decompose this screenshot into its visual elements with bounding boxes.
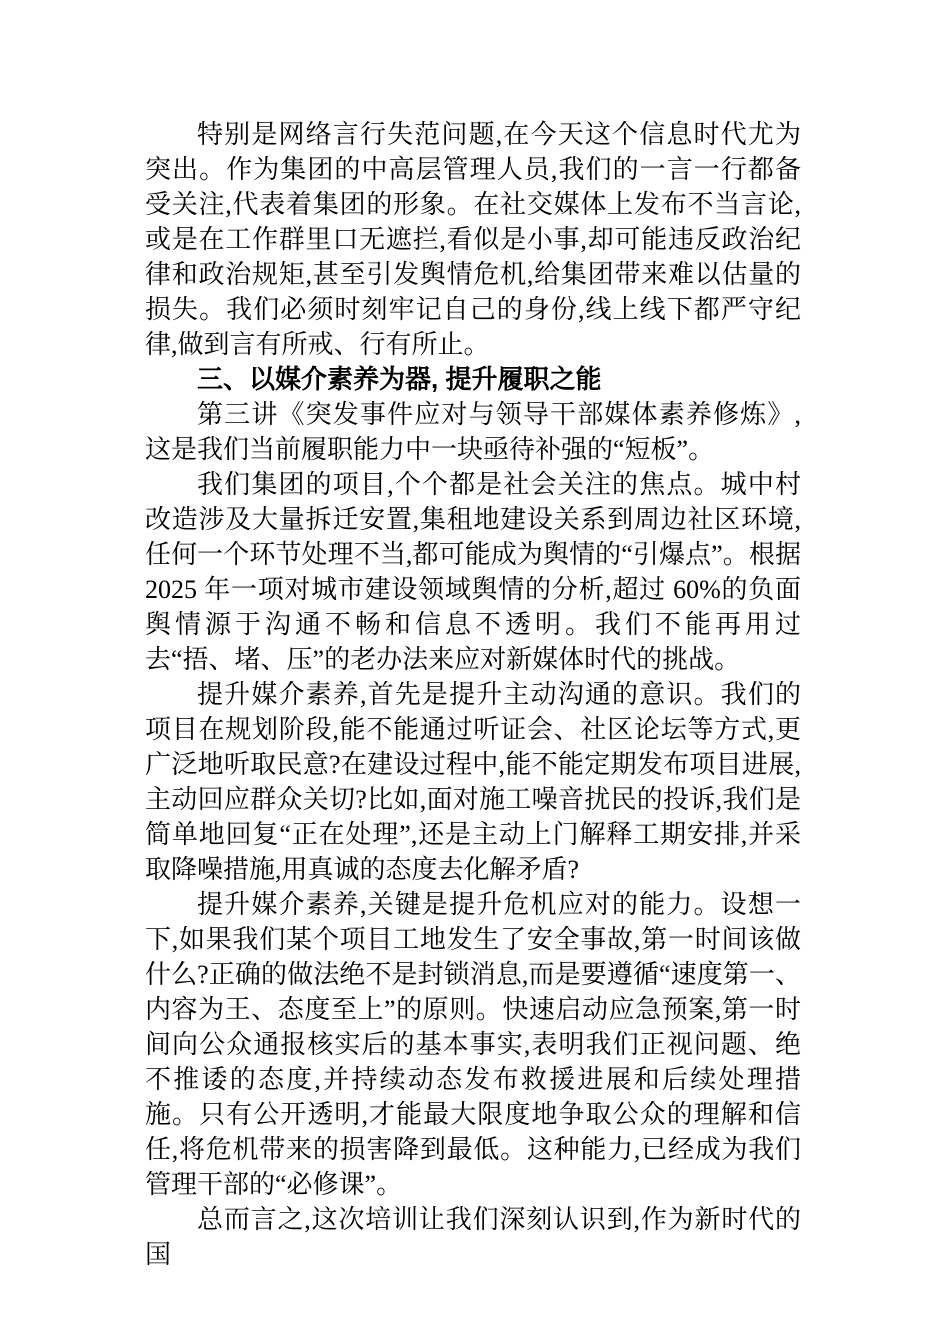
paragraph-proactive-communication: 提升媒介素养,首先是提升主动沟通的意识。我们的项目在规划阶段,能不能通过听证会、…: [145, 677, 801, 887]
paragraph-crisis-response: 提升媒介素养,关键是提升危机应对的能力。设想一下,如果我们某个项目工地发生了安全…: [145, 887, 801, 1202]
paragraph-conclusion-partial: 总而言之,这次培训让我们深刻认识到,作为新时代的国: [145, 1202, 801, 1272]
paragraph-third-lecture: 第三讲《突发事件应对与领导干部媒体素养修炼》,这是我们当前履职能力中一块亟待补强…: [145, 397, 801, 467]
section-heading-media-literacy: 三、以媒介素养为器, 提升履职之能: [145, 362, 801, 397]
paragraph-network-conduct: 特别是网络言行失范问题,在今天这个信息时代尤为突出。作为集团的中高层管理人员,我…: [145, 117, 801, 362]
document-page: 特别是网络言行失范问题,在今天这个信息时代尤为突出。作为集团的中高层管理人员,我…: [0, 0, 950, 1344]
paragraph-project-focus: 我们集团的项目,个个都是社会关注的焦点。城中村改造涉及大量拆迁安置,集租地建设关…: [145, 467, 801, 677]
